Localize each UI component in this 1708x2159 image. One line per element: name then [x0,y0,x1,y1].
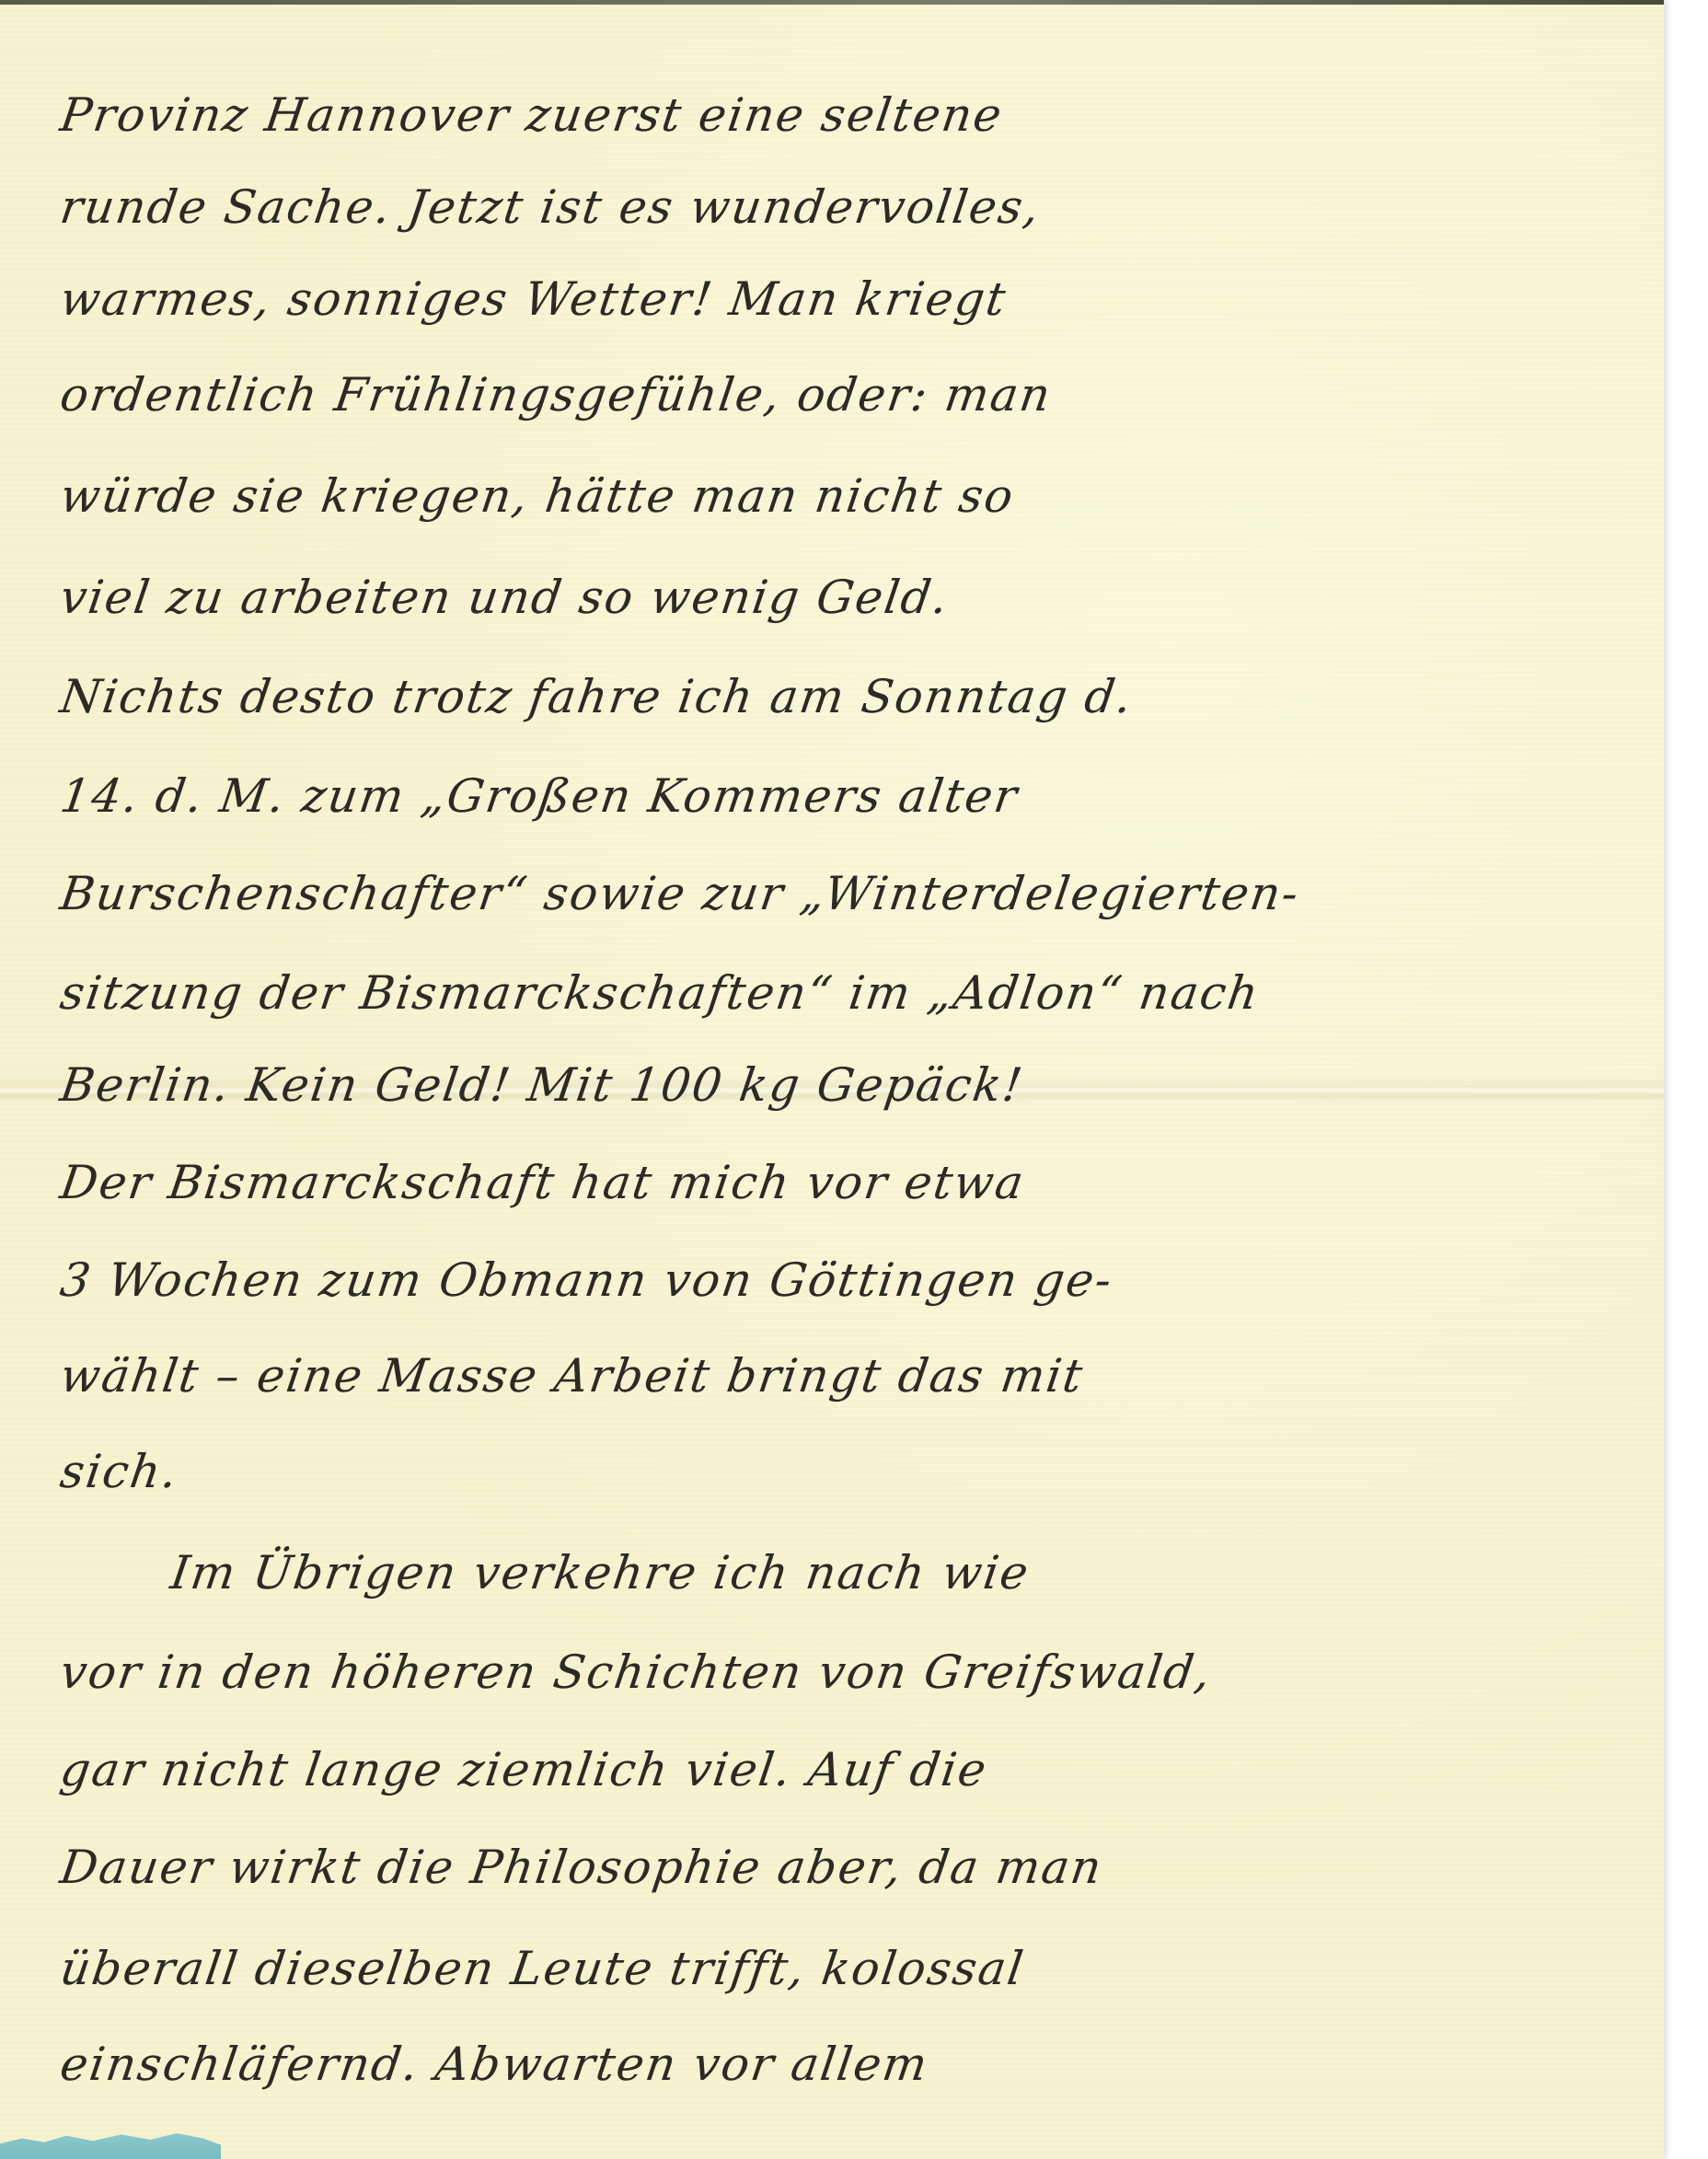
letter-line: überall dieselben Leute trifft, kolossal [57,1942,1028,1995]
letter-line-paragraph-start: Im Übrigen verkehre ich nach wie [167,1546,1033,1599]
letter-line: sitzung der Bismarckschaften“ im „Adlon“… [57,966,1264,1020]
top-edge-shadow [0,0,1664,5]
letter-line: 3 Wochen zum Obmann von Göttingen ge- [57,1253,1116,1307]
letter-line: Nichts desto trotz fahre ich am Sonntag … [57,670,1137,723]
ink-stain [0,2133,221,2159]
letter-line: 14. d. M. zum „Großen Kommers alter [57,769,1021,823]
letter-line: Berlin. Kein Geld! Mit 100 kg Gepäck! [57,1058,1027,1112]
letter-line: einschläfernd. Abwarten vor allem [57,2038,932,2091]
letter-line: wählt – eine Masse Arbeit bringt das mit [57,1349,1087,1403]
letter-line: Provinz Hannover zuerst eine seltene [57,88,1007,142]
letter-line: warmes, sonniges Wetter! Man kriegt [57,272,1010,326]
letter-line: Dauer wirkt die Philosophie aber, da man [57,1841,1106,1894]
letter-line: Burschenschafter“ sowie zur „Winterdeleg… [57,867,1303,920]
letter-line: gar nicht lange ziemlich viel. Auf die [57,1743,991,1796]
letter-line: würde sie kriegen, hätte man nicht so [57,469,1018,523]
letter-line: runde Sache. Jetzt ist es wundervolles, [57,180,1044,234]
letter-page: Provinz Hannover zuerst eine seltene run… [0,0,1664,2159]
letter-line: sich. [57,1445,182,1498]
letter-line: viel zu arbeiten und so wenig Geld. [57,571,952,624]
letter-line: ordentlich Frühlingsgefühle, oder: man [57,368,1056,421]
letter-line: vor in den höheren Schichten von Greifsw… [57,1645,1216,1699]
letter-line: Der Bismarckschaft hat mich vor etwa [57,1156,1029,1209]
